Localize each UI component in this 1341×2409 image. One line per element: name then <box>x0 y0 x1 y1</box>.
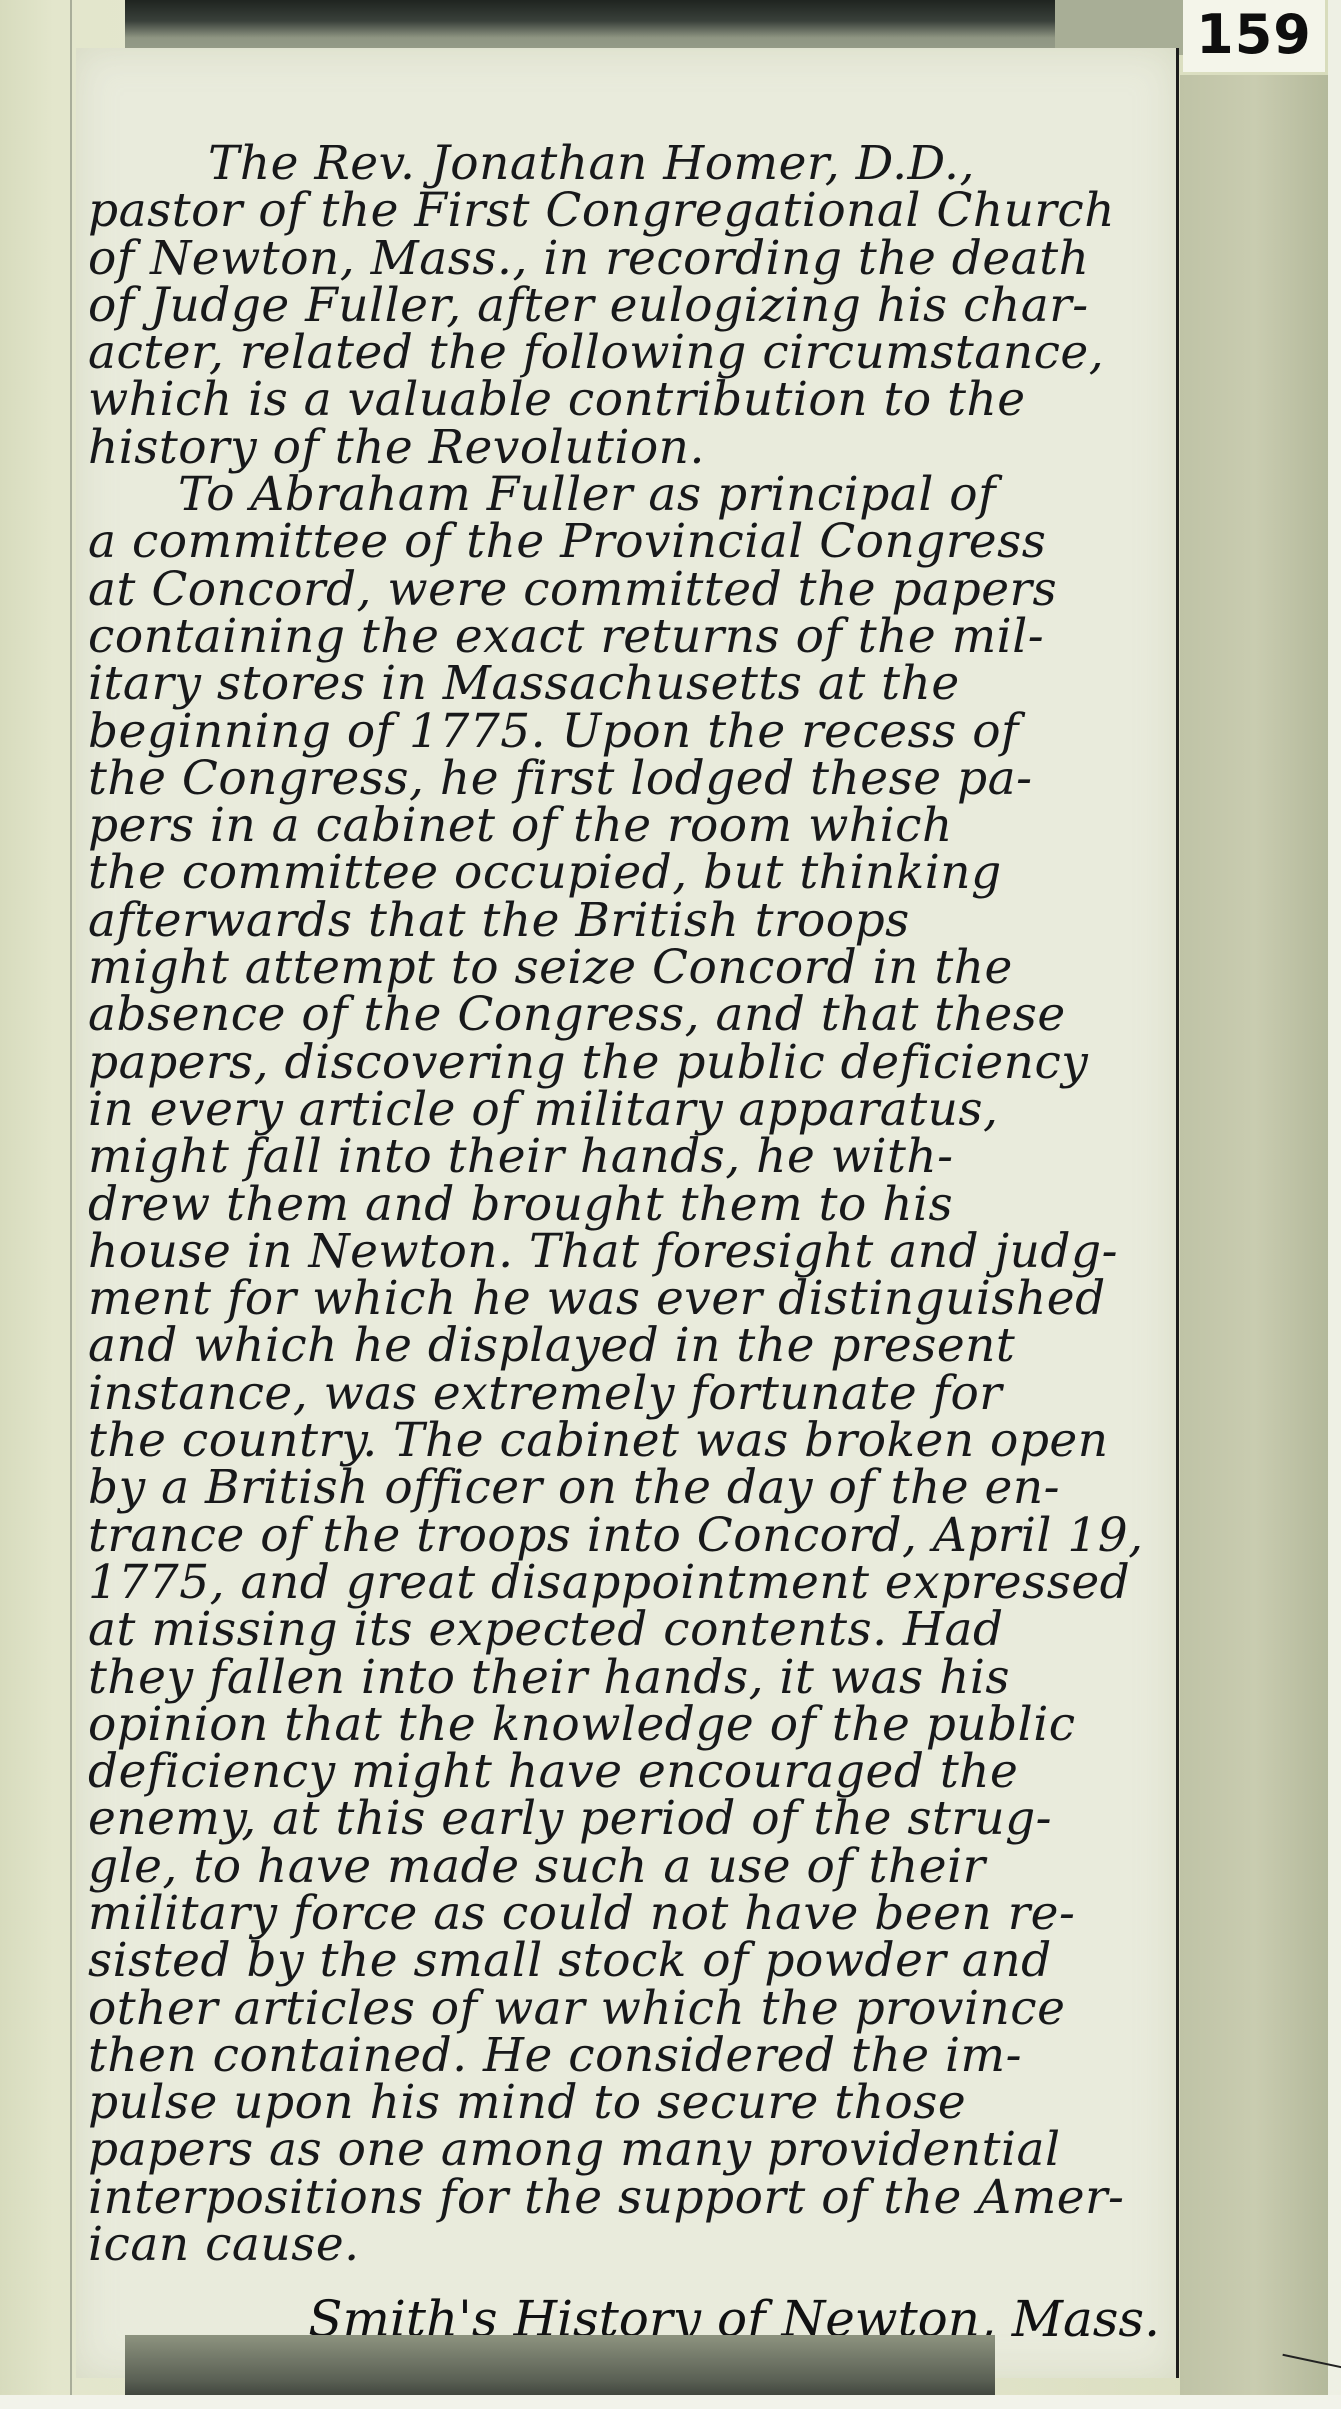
text-line: pers in a cabinet of the room which <box>88 802 1168 849</box>
text-line: To Abraham Fuller as principal of <box>88 471 1168 518</box>
text-line: afterwards that the British troops <box>88 897 1168 944</box>
text-line: 1775, and great disappointment expressed <box>88 1559 1168 1606</box>
text-line: pastor of the First Congregational Churc… <box>88 187 1168 234</box>
text-line: beginning of 1775. Upon the recess of <box>88 708 1168 755</box>
text-line: ment for which he was ever distinguished <box>88 1275 1168 1322</box>
text-line: sisted by the small stock of powder and <box>88 1937 1168 1984</box>
text-line: of Judge Fuller, after eulogizing his ch… <box>88 282 1168 329</box>
text-line: papers as one among many providential <box>88 2126 1168 2173</box>
text-line: the country. The cabinet was broken open <box>88 1417 1168 1464</box>
text-line: other articles of war which the province <box>88 1985 1168 2032</box>
text-line: opinion that the knowledge of the public <box>88 1701 1168 1748</box>
right-backing-strip <box>1180 75 1330 2409</box>
binder-margin-line <box>70 0 72 2409</box>
text-line: military force as could not have been re… <box>88 1890 1168 1937</box>
text-line: at missing its expected contents. Had <box>88 1606 1168 1653</box>
text-line: The Rev. Jonathan Homer, D.D., <box>88 140 1168 187</box>
text-line: history of the Revolution. <box>88 424 1168 471</box>
text-line: in every article of military apparatus, <box>88 1086 1168 1133</box>
text-line: of Newton, Mass., in recording the death <box>88 235 1168 282</box>
text-line: acter, related the following circumstanc… <box>88 329 1168 376</box>
text-line: enemy, at this early period of the strug… <box>88 1795 1168 1842</box>
text-line: the committee occupied, but thinking <box>88 849 1168 896</box>
text-line: pulse upon his mind to secure those <box>88 2079 1168 2126</box>
page-number: 159 <box>1183 0 1325 72</box>
text-line: then contained. He considered the im- <box>88 2032 1168 2079</box>
text-line: at Concord, were committed the papers <box>88 566 1168 613</box>
text-line: might fall into their hands, he with- <box>88 1133 1168 1180</box>
text-line: house in Newton. That foresight and judg… <box>88 1228 1168 1275</box>
text-line: and which he displayed in the present <box>88 1322 1168 1369</box>
text-line: instance, was extremely fortunate for <box>88 1370 1168 1417</box>
text-line: trance of the troops into Concord, April… <box>88 1512 1168 1559</box>
text-line: they fallen into their hands, it was his <box>88 1654 1168 1701</box>
text-line: deficiency might have encouraged the <box>88 1748 1168 1795</box>
text-line: ican cause. <box>88 2221 1168 2268</box>
text-line: drew them and brought them to his <box>88 1181 1168 1228</box>
text-line: gle, to have made such a use of their <box>88 1843 1168 1890</box>
text-line: which is a valuable contribution to the <box>88 376 1168 423</box>
handwritten-text: The Rev. Jonathan Homer, D.D., pastor of… <box>88 140 1168 2268</box>
text-line: absence of the Congress, and that these <box>88 991 1168 1038</box>
top-right-backing <box>1055 0 1185 55</box>
text-line: the Congress, he first lodged these pa- <box>88 755 1168 802</box>
text-line: by a British officer on the day of the e… <box>88 1464 1168 1511</box>
right-edge <box>1328 0 1341 2409</box>
bottom-edge <box>0 2395 1341 2409</box>
text-line: a committee of the Provincial Congress <box>88 518 1168 565</box>
text-line: containing the exact returns of the mil- <box>88 613 1168 660</box>
paragraph-1: The Rev. Jonathan Homer, D.D., pastor of… <box>88 140 1168 471</box>
text-line: papers, discovering the public deficienc… <box>88 1039 1168 1086</box>
text-line: might attempt to seize Concord in the <box>88 944 1168 991</box>
scanned-page: 159 The Rev. Jonathan Homer, D.D., pasto… <box>0 0 1341 2409</box>
text-line: interpositions for the support of the Am… <box>88 2174 1168 2221</box>
text-line: itary stores in Massachusetts at the <box>88 660 1168 707</box>
paragraph-2: To Abraham Fuller as principal of a comm… <box>88 471 1168 2268</box>
